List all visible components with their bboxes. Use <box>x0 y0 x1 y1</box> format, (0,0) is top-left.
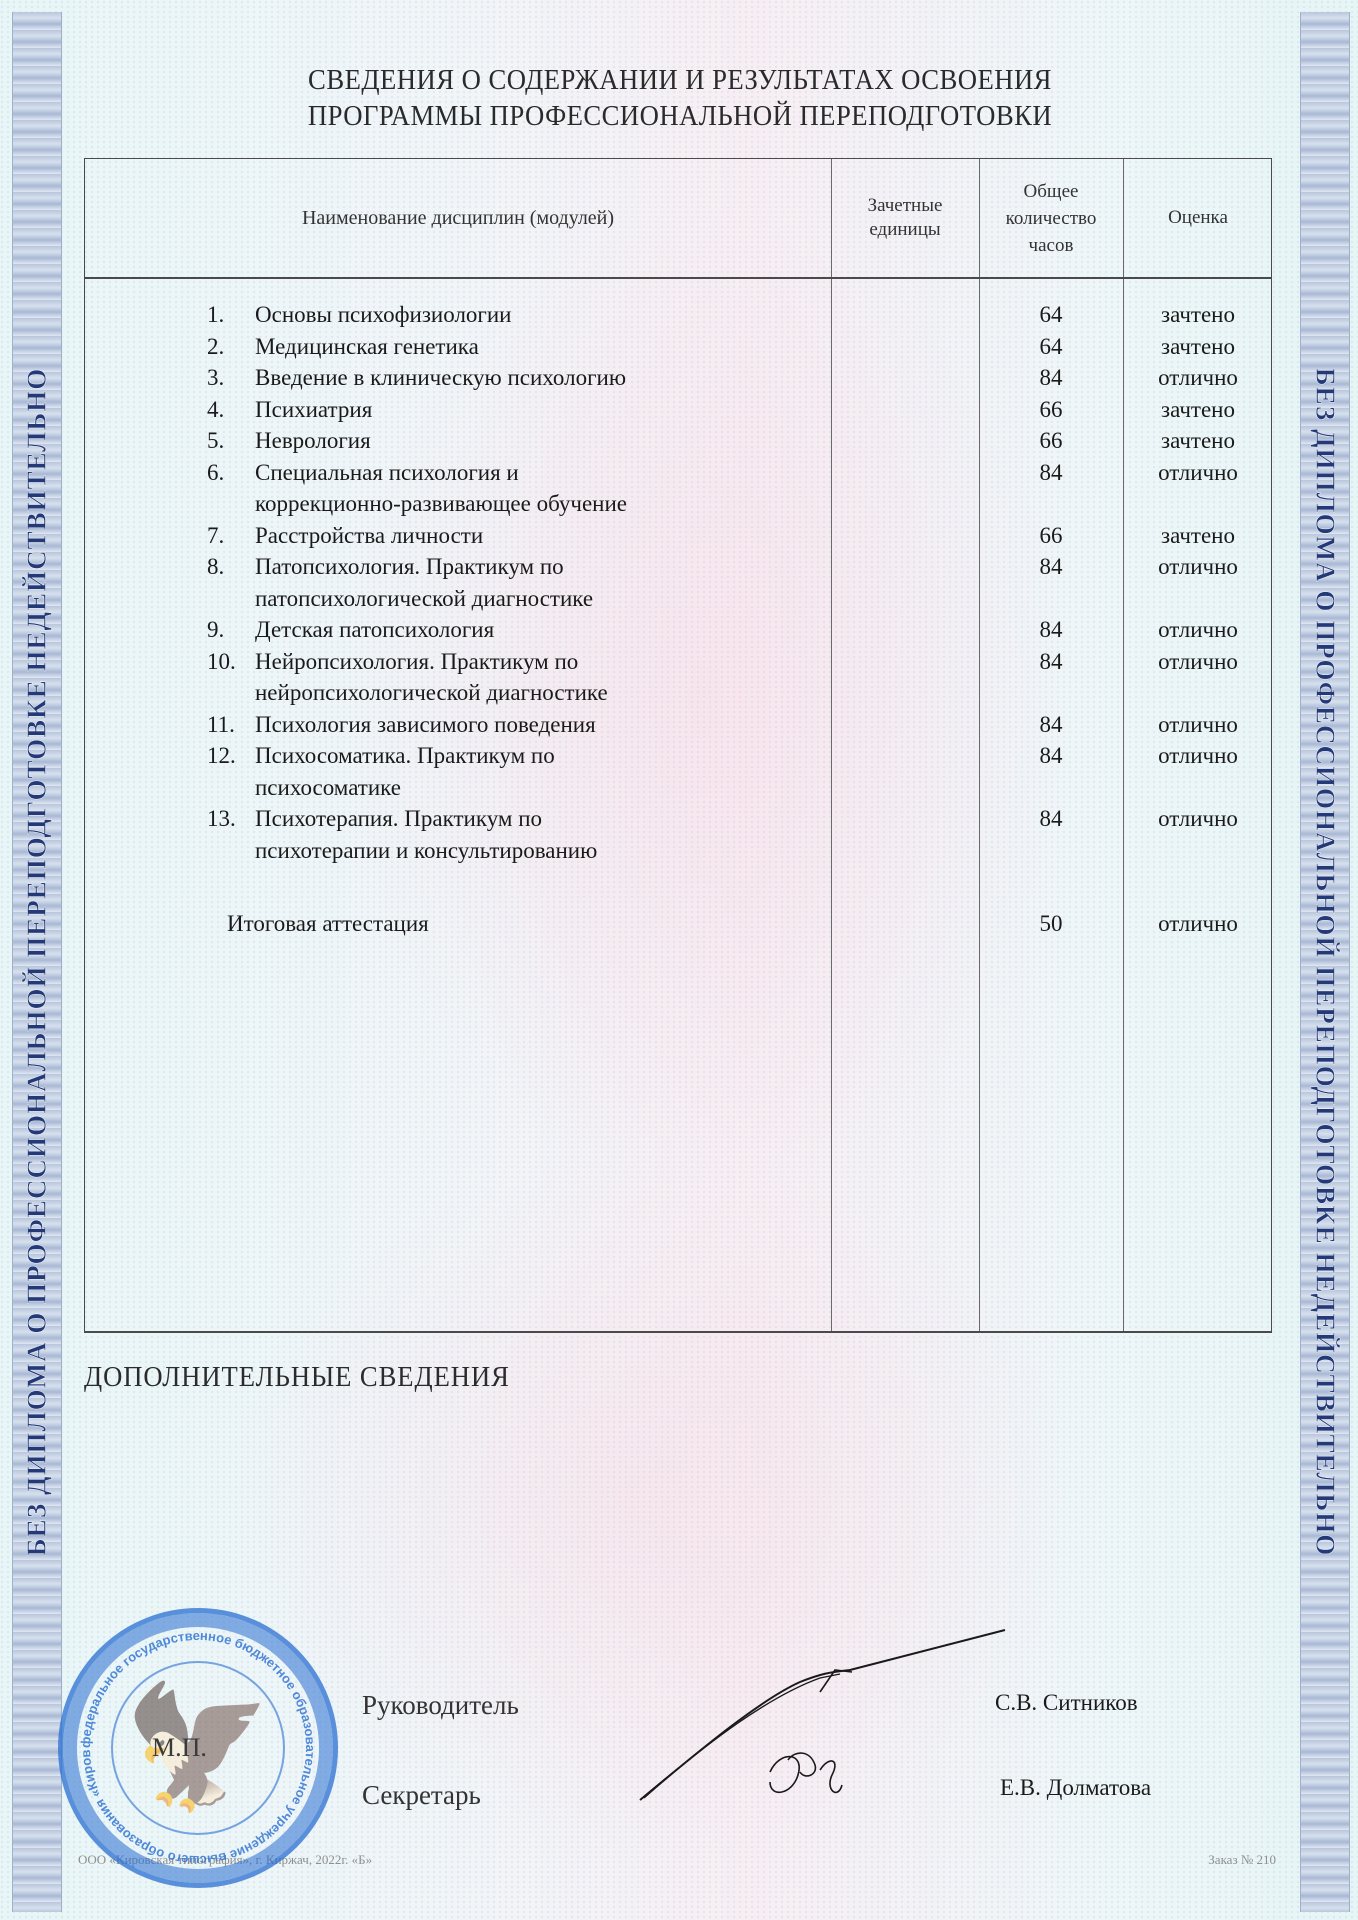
row-hours: 66 <box>979 520 1123 552</box>
row-hours: 66 <box>979 394 1123 426</box>
table-row: 8.Патопсихология. Практикум попатопсихол… <box>85 551 1271 614</box>
discipline-name-line: Введение в клиническую психологию <box>255 362 815 394</box>
row-grade: отлично <box>1123 457 1273 489</box>
row-grade: отлично <box>1123 646 1273 678</box>
header-hours-line-2: количество <box>1006 205 1097 232</box>
header-credits-line: Зачетные <box>868 194 943 218</box>
row-hours: 64 <box>979 299 1123 331</box>
discipline-name: Психосоматика. Практикум попсихосоматике <box>255 740 815 803</box>
table-row: 10.Нейропсихология. Практикум понейропси… <box>85 646 1271 709</box>
discipline-name-line: Психосоматика. Практикум по <box>255 740 815 772</box>
additional-info-heading: ДОПОЛНИТЕЛЬНЫЕ СВЕДЕНИЯ <box>84 1362 532 1394</box>
header-discipline-name: Наименование дисциплин (модулей) <box>85 159 831 277</box>
row-number: 11. <box>207 709 247 741</box>
row-grade: зачтено <box>1123 425 1273 457</box>
row-number: 6. <box>207 457 247 489</box>
title-line-2: ПРОГРАММЫ ПРОФЕССИОНАЛЬНОЙ ПЕРЕПОДГОТОВК… <box>220 98 1140 134</box>
discipline-name-line: Психотерапия. Практикум по <box>255 803 815 835</box>
header-hours-line-3: часов <box>1006 232 1097 259</box>
discipline-name-line: Специальная психология и <box>255 457 815 489</box>
header-hours-line-1: Общее <box>1006 178 1097 205</box>
discipline-name-line: Расстройства личности <box>255 520 815 552</box>
row-number: 9. <box>207 614 247 646</box>
document-title: СВЕДЕНИЯ О СОДЕРЖАНИИ И РЕЗУЛЬТАТАХ ОСВО… <box>180 62 1180 134</box>
discipline-name: Психотерапия. Практикум попсихотерапии и… <box>255 803 815 866</box>
row-number: 12. <box>207 740 247 772</box>
additional-info-heading-text: ДОПОЛНИТЕЛЬНЫЕ СВЕДЕНИЯ <box>84 1362 510 1394</box>
header-credits: Зачетныеединицы <box>831 159 979 277</box>
row-hours: 84 <box>979 362 1123 394</box>
discipline-name-line: Психиатрия <box>255 394 815 426</box>
header-grade: Оценка <box>1123 159 1273 277</box>
discipline-name-line: патопсихологической диагностике <box>255 583 815 615</box>
row-number: 7. <box>207 520 247 552</box>
discipline-name-line: нейропсихологической диагностике <box>255 677 815 709</box>
discipline-name-line: психотерапии и консультированию <box>255 835 815 867</box>
table-body: 1.Основы психофизиологии64зачтено2.Медиц… <box>85 299 1271 940</box>
discipline-name-line: Основы психофизиологии <box>255 299 815 331</box>
header-total-hours: Общее количество часов <box>979 159 1123 277</box>
head-role-label: Руководитель <box>362 1690 519 1721</box>
row-grade: отлично <box>1123 709 1273 741</box>
discipline-name: Введение в клиническую психологию <box>255 362 815 394</box>
table-row: 11.Психология зависимого поведения84отли… <box>85 709 1271 741</box>
row-number: 13. <box>207 803 247 835</box>
header-credits-line: единицы <box>868 218 943 242</box>
title-line-1: СВЕДЕНИЯ О СОДЕРЖАНИИ И РЕЗУЛЬТАТАХ ОСВО… <box>220 62 1140 98</box>
row-hours: 64 <box>979 331 1123 363</box>
grades-table: Наименование дисциплин (модулей) Зачетны… <box>84 158 1272 1333</box>
document-content: СВЕДЕНИЯ О СОДЕРЖАНИИ И РЕЗУЛЬТАТАХ ОСВО… <box>0 0 1358 1920</box>
row-hours: 66 <box>979 425 1123 457</box>
final-attestation-hours: 50 <box>979 908 1123 940</box>
row-number: 3. <box>207 362 247 394</box>
table-row: 7.Расстройства личности66зачтено <box>85 520 1271 552</box>
discipline-name-line: Нейропсихология. Практикум по <box>255 646 815 678</box>
row-hours: 84 <box>979 614 1123 646</box>
discipline-name-line: Медицинская генетика <box>255 331 815 363</box>
table-row: 2.Медицинская генетика64зачтено <box>85 331 1271 363</box>
header-divider <box>85 277 1271 279</box>
row-grade: зачтено <box>1123 299 1273 331</box>
row-number: 1. <box>207 299 247 331</box>
row-number: 5. <box>207 425 247 457</box>
row-hours: 84 <box>979 709 1123 741</box>
secretary-role-label: Секретарь <box>362 1780 481 1811</box>
table-row: 12.Психосоматика. Практикум попсихосомат… <box>85 740 1271 803</box>
table-row: 9.Детская патопсихология84отлично <box>85 614 1271 646</box>
row-number: 10. <box>207 646 247 678</box>
row-hours: 84 <box>979 646 1123 678</box>
stamp-placeholder-label: М.П. <box>152 1733 207 1763</box>
row-hours: 84 <box>979 803 1123 835</box>
row-hours: 84 <box>979 740 1123 772</box>
final-attestation-label: Итоговая аттестация <box>227 908 787 940</box>
row-grade: отлично <box>1123 362 1273 394</box>
discipline-name-line: Неврология <box>255 425 815 457</box>
table-row: 6.Специальная психология икоррекционно-р… <box>85 457 1271 520</box>
discipline-name: Медицинская генетика <box>255 331 815 363</box>
table-row: 3.Введение в клиническую психологию84отл… <box>85 362 1271 394</box>
table-row: 5.Неврология66зачтено <box>85 425 1271 457</box>
table-row: 4.Психиатрия66зачтено <box>85 394 1271 426</box>
handwritten-signatures <box>620 1600 1020 1840</box>
header-credits-label: Зачетныеединицы <box>868 194 943 242</box>
row-grade: отлично <box>1123 551 1273 583</box>
secretary-name: Е.В. Долматова <box>1000 1775 1151 1801</box>
discipline-name-line: Психология зависимого поведения <box>255 709 815 741</box>
discipline-name: Специальная психология икоррекционно-раз… <box>255 457 815 520</box>
final-attestation-grade: отлично <box>1123 908 1273 940</box>
row-hours: 84 <box>979 457 1123 489</box>
row-grade: зачтено <box>1123 394 1273 426</box>
discipline-name: Неврология <box>255 425 815 457</box>
row-number: 8. <box>207 551 247 583</box>
discipline-name: Детская патопсихология <box>255 614 815 646</box>
row-number: 2. <box>207 331 247 363</box>
discipline-name: Основы психофизиологии <box>255 299 815 331</box>
discipline-name: Нейропсихология. Практикум понейропсихол… <box>255 646 815 709</box>
table-row: 1.Основы психофизиологии64зачтено <box>85 299 1271 331</box>
row-grade: отлично <box>1123 614 1273 646</box>
discipline-name: Расстройства личности <box>255 520 815 552</box>
row-grade: зачтено <box>1123 331 1273 363</box>
discipline-name-line: Детская патопсихология <box>255 614 815 646</box>
discipline-name-line: коррекционно-развивающее обучение <box>255 488 815 520</box>
row-number: 4. <box>207 394 247 426</box>
row-hours: 84 <box>979 551 1123 583</box>
row-grade: отлично <box>1123 803 1273 835</box>
row-grade: отлично <box>1123 740 1273 772</box>
discipline-name-line: психосоматике <box>255 772 815 804</box>
discipline-name-line: Патопсихология. Практикум по <box>255 551 815 583</box>
discipline-name: Психология зависимого поведения <box>255 709 815 741</box>
table-row: 13.Психотерапия. Практикум попсихотерапи… <box>85 803 1271 866</box>
order-number: Заказ № 210 <box>1208 1852 1276 1868</box>
table-row-final-attestation: Итоговая аттестация50отлично <box>85 908 1271 940</box>
row-grade: зачтено <box>1123 520 1273 552</box>
discipline-name: Патопсихология. Практикум попатопсихолог… <box>255 551 815 614</box>
discipline-name: Психиатрия <box>255 394 815 426</box>
